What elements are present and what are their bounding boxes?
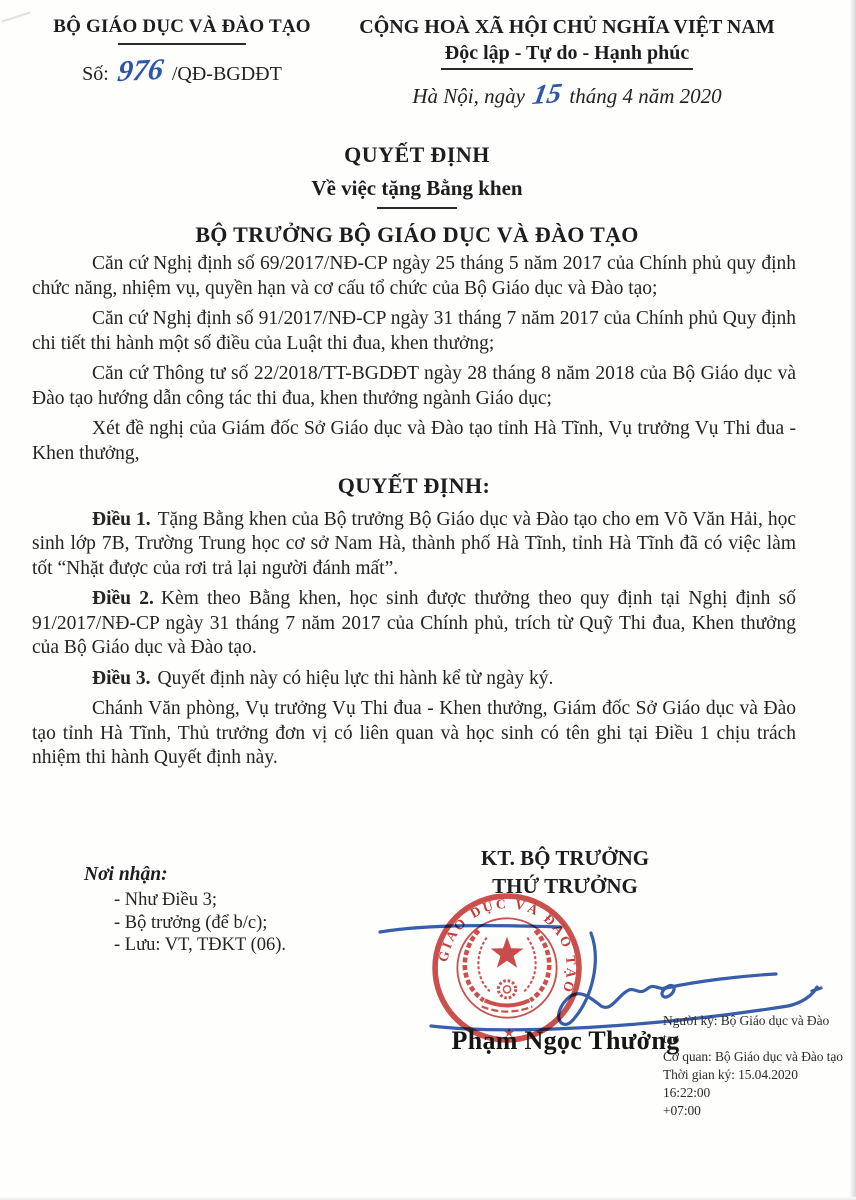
document-header: BỘ GIÁO DỤC VÀ ĐÀO TẠO Số: 976 /QĐ-BGDĐT… bbox=[32, 16, 802, 109]
article-3-text: Quyết định này có hiệu lực thi hành kể t… bbox=[158, 668, 554, 689]
handwritten-number: 976 bbox=[118, 70, 163, 72]
decision-title: QUYẾT ĐỊNH bbox=[32, 142, 802, 168]
preamble-paragraph: Xét đề nghị của Giám đốc Sở Giáo dục và … bbox=[32, 417, 796, 466]
subject-underline bbox=[377, 207, 457, 209]
motto-underline bbox=[441, 68, 693, 70]
decision-heading: QUYẾT ĐỊNH: bbox=[32, 474, 796, 499]
place-date-suffix: tháng 4 năm 2020 bbox=[569, 84, 721, 108]
recipient-item: - Như Điều 3; bbox=[114, 889, 286, 912]
article-2: Điều 2.Kèm theo Bằng khen, học sinh được… bbox=[32, 587, 796, 661]
preamble-paragraph: Căn cứ Nghị định số 69/2017/NĐ-CP ngày 2… bbox=[32, 252, 796, 301]
scan-edge-shadow bbox=[850, 0, 856, 1200]
document-number: Số: 976 /QĐ-BGDĐT bbox=[32, 63, 332, 86]
scan-artifact bbox=[1, 11, 30, 22]
article-2-label: Điều 2. bbox=[92, 588, 154, 609]
digital-signer-line: Người ký: Bộ Giáo dục và Đào tạo bbox=[663, 1012, 843, 1048]
preamble-paragraph: Căn cứ Thông tư số 22/2018/TT-BGDĐT ngày… bbox=[32, 362, 796, 411]
recipient-item: - Bộ trưởng (để b/c); bbox=[114, 912, 286, 935]
handwritten-day: 15 bbox=[533, 94, 561, 96]
national-title: CỘNG HOÀ XÃ HỘI CHỦ NGHĨA VIỆT NAM bbox=[332, 16, 802, 39]
title-block: QUYẾT ĐỊNH Về việc tặng Bằng khen BỘ TRƯ… bbox=[32, 142, 802, 248]
signer-name: Phạm Ngọc Thưởng bbox=[448, 1026, 683, 1056]
digital-signature-info: Người ký: Bộ Giáo dục và Đào tạo Cơ quan… bbox=[663, 1012, 843, 1120]
place-date-prefix: Hà Nội, ngày bbox=[412, 84, 525, 108]
document-number-suffix: /QĐ-BGDĐT bbox=[172, 63, 282, 85]
issuing-org-name: BỘ GIÁO DỤC VÀ ĐÀO TẠO bbox=[32, 16, 332, 38]
national-header-block: CỘNG HOÀ XÃ HỘI CHỦ NGHĨA VIỆT NAM Độc l… bbox=[332, 16, 802, 109]
recipient-item: - Lưu: VT, TĐKT (06). bbox=[114, 934, 286, 957]
digital-timezone-line: +07:00 bbox=[663, 1102, 843, 1120]
responsibility-paragraph: Chánh Văn phòng, Vụ trưởng Vụ Thi đua - … bbox=[32, 697, 796, 771]
article-1: Điều 1.Tặng Bằng khen của Bộ trưởng Bộ G… bbox=[32, 508, 796, 582]
document-number-label: Số: bbox=[82, 63, 109, 85]
signer-kt-line: KT. BỘ TRƯỞNG bbox=[445, 846, 685, 871]
issuing-org-block: BỘ GIÁO DỤC VÀ ĐÀO TẠO Số: 976 /QĐ-BGDĐT bbox=[32, 16, 332, 109]
org-underline bbox=[118, 43, 246, 45]
decision-subject: Về việc tặng Bằng khen bbox=[32, 176, 802, 201]
recipients-list: - Như Điều 3; - Bộ trưởng (để b/c); - Lư… bbox=[114, 889, 286, 957]
place-and-date: Hà Nội, ngày 15 tháng 4 năm 2020 bbox=[332, 84, 802, 109]
document-body: Căn cứ Nghị định số 69/2017/NĐ-CP ngày 2… bbox=[32, 252, 796, 777]
preamble-paragraph: Căn cứ Nghị định số 91/2017/NĐ-CP ngày 3… bbox=[32, 307, 796, 356]
recipients-label: Nơi nhận: bbox=[84, 864, 286, 886]
article-3-label: Điều 3. bbox=[92, 668, 151, 689]
issuing-authority-title: BỘ TRƯỞNG BỘ GIÁO DỤC VÀ ĐÀO TẠO bbox=[32, 222, 802, 248]
recipients-block: Nơi nhận: - Như Điều 3; - Bộ trưởng (để … bbox=[84, 864, 286, 957]
national-motto: Độc lập - Tự do - Hạnh phúc bbox=[332, 42, 802, 65]
scanned-decision-document: BỘ GIÁO DỤC VÀ ĐÀO TẠO Số: 976 /QĐ-BGDĐT… bbox=[0, 0, 856, 1200]
article-3: Điều 3.Quyết định này có hiệu lực thi hà… bbox=[32, 667, 796, 692]
digital-agency-line: Cơ quan: Bộ Giáo dục và Đào tạo bbox=[663, 1048, 843, 1066]
article-1-label: Điều 1. bbox=[92, 509, 151, 530]
digital-time-line: Thời gian ký: 15.04.2020 16:22:00 bbox=[663, 1066, 843, 1102]
